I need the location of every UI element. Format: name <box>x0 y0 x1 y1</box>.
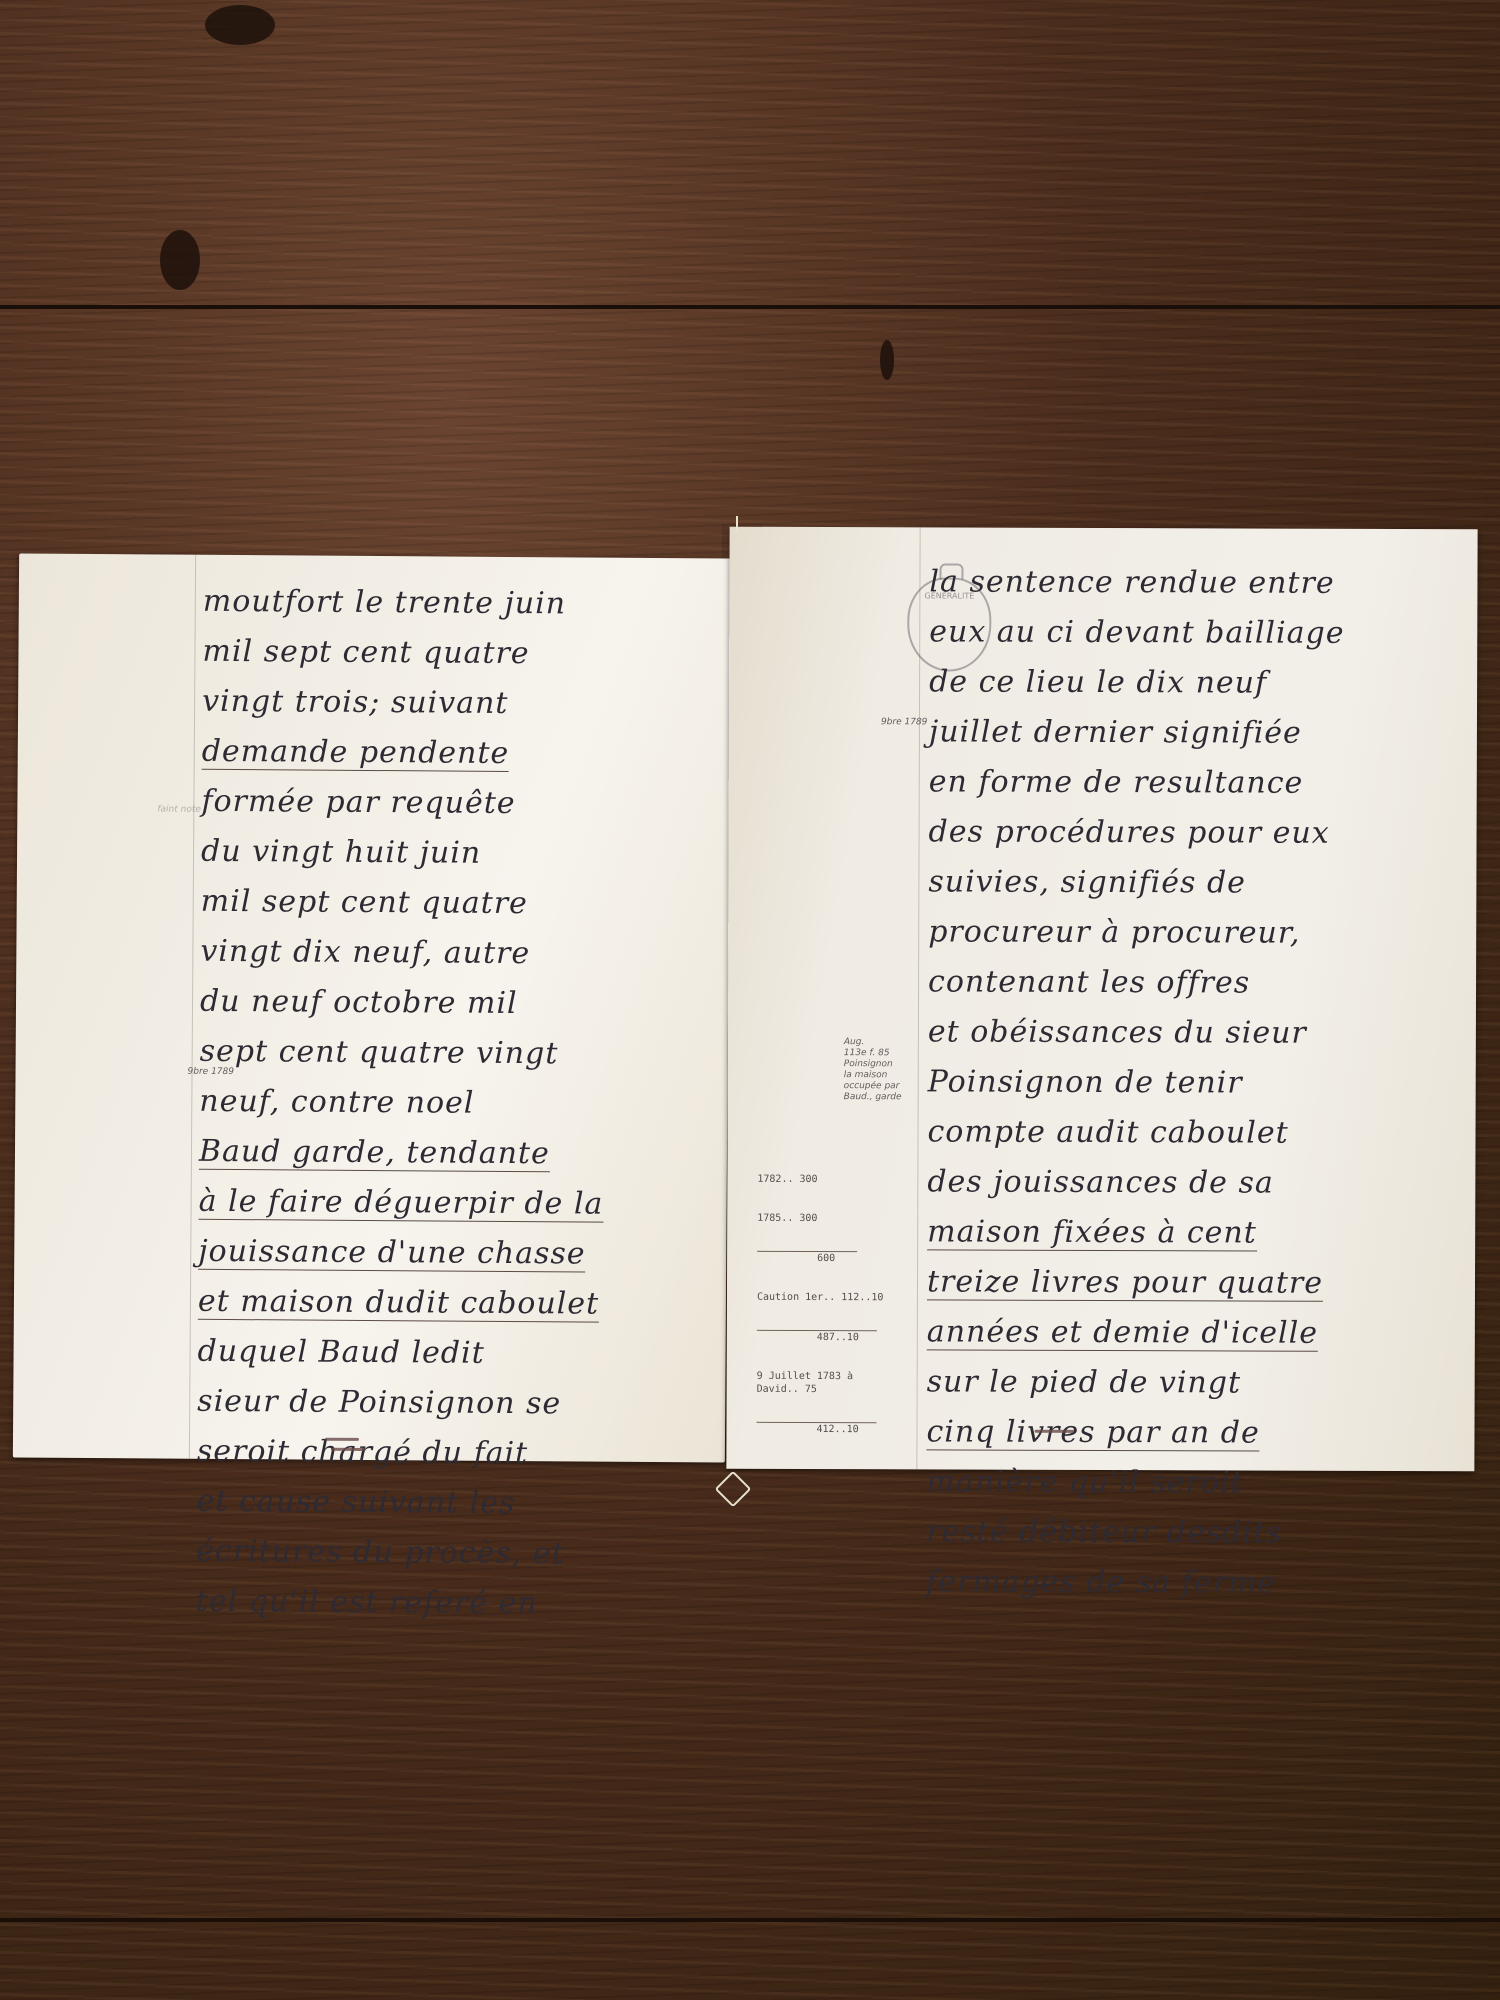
tally-row: 1785.. 300 <box>757 1212 884 1225</box>
margin-note-date: 9bre 1789 <box>188 1067 235 1078</box>
text-line: vingt dix neuf, autre <box>200 927 605 980</box>
text-line: suivies, signifiés de <box>928 857 1343 908</box>
text-line: écritures du procès, et <box>196 1527 601 1580</box>
underlined-text: Baud garde, tendante <box>199 1134 550 1172</box>
margin-rule <box>916 527 920 1469</box>
wood-knot <box>160 230 200 290</box>
text-line: mil sept cent quatre <box>201 877 606 930</box>
text-line: la sentence rendue entre <box>929 557 1344 608</box>
text-line: Poinsignon de tenir <box>928 1057 1343 1108</box>
text-line: fermages de sa ferme <box>926 1557 1341 1608</box>
text-line: des procédures pour eux <box>928 807 1343 858</box>
account-tally: 1782.. 300 1785.. 300 600 Caution 1er.. … <box>756 1147 884 1462</box>
text-line: et cause suivant les <box>196 1477 601 1530</box>
text-line: treize livres pour quatre <box>927 1257 1342 1308</box>
text-line: et maison dudit caboulet <box>198 1277 603 1330</box>
text-line: procureur à procureur, <box>928 907 1343 958</box>
text-line: manière qu'il seroit <box>926 1457 1341 1508</box>
text-line: mil sept cent quatre <box>202 627 607 680</box>
margin-rule <box>189 555 196 1459</box>
underlined-text: cinq livres par an de <box>926 1414 1259 1451</box>
text-line: sept cent quatre vingt <box>200 1027 605 1080</box>
text-line: resté débiteur desdits <box>926 1507 1341 1558</box>
binding-thread-bottom <box>715 1471 752 1508</box>
text-line: années et demie d'icelle <box>927 1307 1342 1358</box>
text-line: sur le pied de vingt <box>927 1357 1342 1408</box>
text-line: seroit chargé du fait <box>197 1427 602 1480</box>
underlined-text: années et demie d'icelle <box>927 1314 1318 1351</box>
margin-note-reference: Aug. 113e f. 85 Poinsignon la maison occ… <box>844 1037 902 1103</box>
tally-row: 9 Juillet 1783 à David.. 75 <box>757 1370 877 1396</box>
text-line: du neuf octobre mil <box>200 977 605 1030</box>
text-line: du vingt huit juin <box>201 827 606 880</box>
page-end-flourish <box>1034 1430 1074 1433</box>
text-line: tel qu'il est referé en <box>196 1577 601 1630</box>
tally-row: Caution 1er.. 112..10 <box>757 1291 884 1304</box>
wood-knot <box>880 340 894 380</box>
page-end-flourish <box>325 1438 359 1441</box>
text-line: moutfort le trente juin <box>203 577 608 630</box>
tally-row: 1782.. 300 <box>757 1173 884 1186</box>
text-line: neuf, contre noel <box>199 1077 604 1130</box>
underlined-text: jouissance d'une chasse <box>198 1234 586 1273</box>
text-line: Baud garde, tendante <box>199 1127 604 1180</box>
wood-knot <box>205 5 275 45</box>
text-line: duquel Baud ledit <box>197 1327 602 1380</box>
tally-row: 412..10 <box>756 1422 876 1436</box>
left-manuscript-page: moutfort le trente juin mil sept cent qu… <box>13 554 731 1463</box>
text-line: de ce lieu le dix neuf <box>929 657 1344 708</box>
right-page-text: la sentence rendue entre eux au ci devan… <box>926 557 1345 1608</box>
underlined-text: treize livres pour quatre <box>927 1264 1323 1301</box>
underlined-text: maison fixées à cent <box>927 1214 1257 1251</box>
text-line: en forme de resultance <box>929 757 1344 808</box>
table-plank-seam-top <box>0 305 1500 309</box>
text-line: cinq livres par an de <box>926 1407 1341 1458</box>
underlined-text: et maison dudit caboulet <box>198 1284 599 1323</box>
text-line: eux au ci devant bailliage <box>929 607 1344 658</box>
margin-note-date: 9bre 1789 <box>881 717 927 728</box>
text-line: jouissance d'une chasse <box>198 1227 603 1280</box>
text-line: à le faire déguerpir de la <box>198 1177 603 1230</box>
text-line: compte audit caboulet <box>927 1107 1342 1158</box>
text-line: vingt trois; suivant <box>202 677 607 730</box>
text-line: contenant les offres <box>928 957 1343 1008</box>
text-line: et obéissances du sieur <box>928 1007 1343 1058</box>
right-manuscript-page: GÉNÉRALITÉ la sentence rendue entre eux … <box>726 527 1477 1472</box>
table-plank-seam-bottom <box>0 1918 1500 1922</box>
text-line: juillet dernier signifiée <box>929 707 1344 758</box>
underlined-text: demande pendente <box>202 734 510 772</box>
text-line: demande pendente <box>202 727 607 780</box>
tally-row: 487..10 <box>757 1330 877 1344</box>
binding-thread-top <box>736 516 740 532</box>
text-line: formée par requête <box>201 777 606 830</box>
left-page-text: moutfort le trente juin mil sept cent qu… <box>196 577 608 1630</box>
underlined-text: à le faire déguerpir de la <box>199 1184 604 1223</box>
page-end-flourish <box>331 1448 365 1451</box>
text-line: des jouissances de sa <box>927 1157 1342 1208</box>
text-line: maison fixées à cent <box>927 1207 1342 1258</box>
margin-note-faint: faint note <box>157 804 201 815</box>
text-line: sieur de Poinsignon se <box>197 1377 602 1430</box>
tally-row: 600 <box>757 1251 857 1265</box>
